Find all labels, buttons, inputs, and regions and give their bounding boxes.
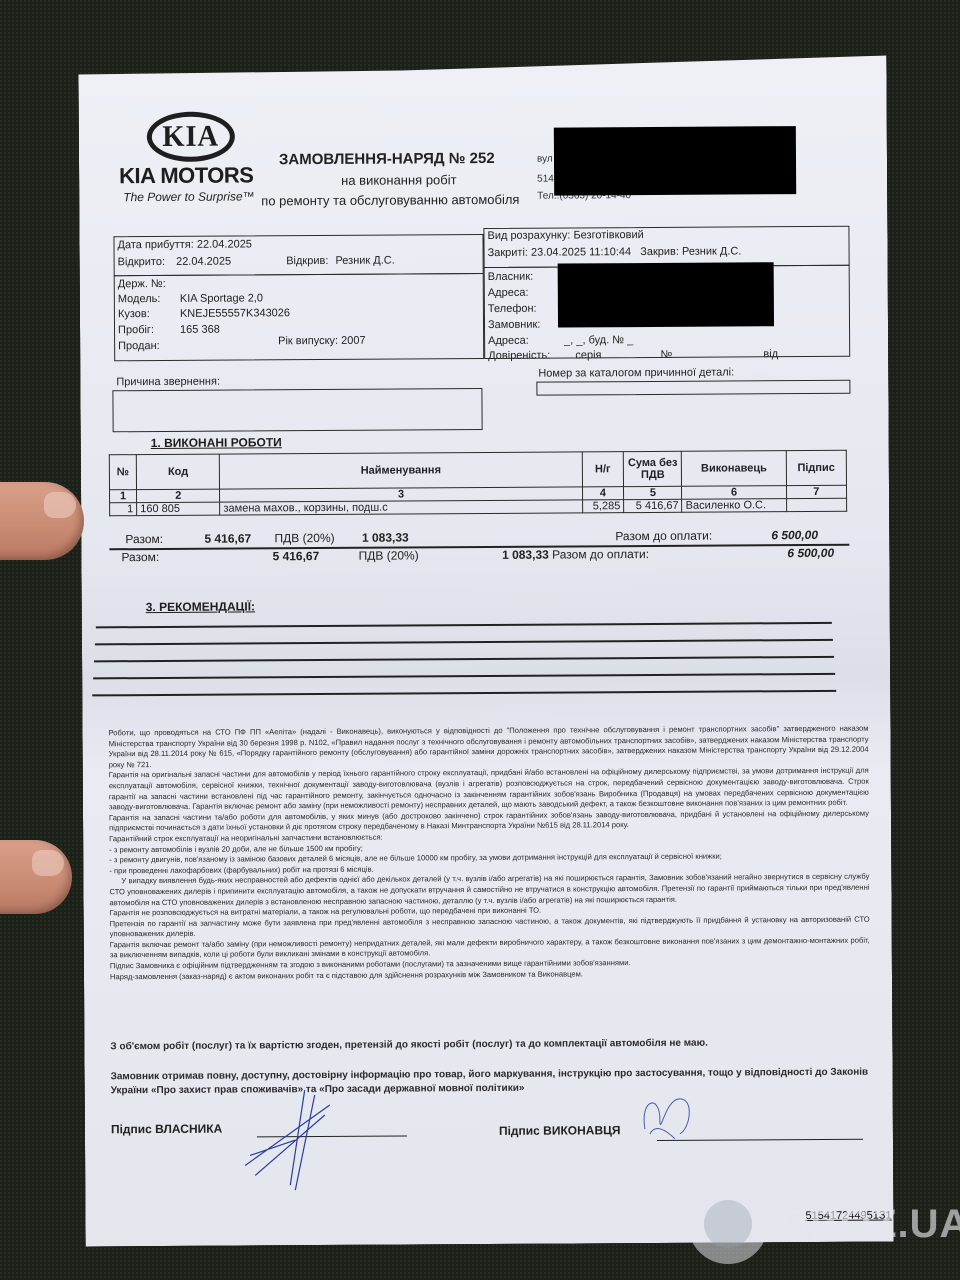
model-value: KIA Sportage 2,0 (180, 292, 263, 305)
grand-total-row: Разом: 5 416,67 ПДВ (20%) 1 083,33 Разом… (121, 547, 649, 564)
brand-name: KIA MOTORS (119, 162, 254, 189)
year-row: Рік випуску: 2007 (278, 335, 366, 348)
recommendation-line (95, 639, 833, 645)
catalog-label: Номер за каталогом причинної деталі: (538, 366, 734, 379)
plate-row: Держ. №: (118, 278, 166, 290)
grand-total-pay-amount: 6 500,00 (787, 546, 834, 560)
owner-signature-label: Підпис ВЛАСНИКА (111, 1122, 222, 1137)
column-number: 6 (682, 486, 786, 500)
finger-top (0, 482, 84, 560)
works-subtotal-row: Разом: 5 416,67 ПДВ (20%) 1 083,33 (125, 530, 408, 546)
works-pay-row: Разом до оплати: (615, 529, 712, 544)
reason-field (112, 388, 482, 432)
brand-slogan: The Power to Surprise™ (123, 189, 254, 204)
opened-value: 22.04.2025 (176, 256, 231, 268)
recommendations-title: 3. РЕКОМЕНДАЦІЇ: (146, 599, 255, 614)
cell-sum: 5 416,67 (624, 499, 682, 512)
works-pay-amount: 6 500,00 (771, 528, 818, 542)
logo-emblem-text: KIA (162, 120, 219, 154)
column-number: 1 (110, 490, 137, 503)
cell-code: 160 805 (137, 502, 220, 516)
terms-paragraph: Роботи, що проводяться на СТО ПФ ПП «Аел… (108, 724, 868, 771)
column-header: № (109, 455, 136, 490)
mileage-row: Пробіг:165 368 (118, 324, 220, 337)
recommendation-line (96, 622, 832, 628)
year-label: Рік випуску: (278, 335, 338, 347)
watermark-text: OBOZ.UA (778, 1202, 960, 1247)
opened-by-label: Відкрив: (286, 255, 328, 267)
cell-no: 1 (110, 503, 137, 516)
subtotal-vat-label: ПДВ (20%) (274, 531, 334, 545)
proxy-row: Довіреність: серія № від (488, 348, 778, 362)
kia-logo-emblem: KIA (147, 112, 235, 163)
mileage-label: Пробіг: (118, 324, 180, 336)
column-header: Код (136, 454, 219, 490)
dealer-postcode: 514 (537, 174, 554, 185)
arrival-date-row: Дата прибуття: 22.04.2025 (117, 238, 251, 251)
subtotal-sum: 5 416,67 (204, 531, 251, 545)
customer-address-label: Адреса: (488, 335, 564, 347)
agreement-text: З об'ємом робіт (послуг) та їх вартістю … (110, 1036, 870, 1055)
owner-phone-label: Телефон: (488, 303, 537, 315)
closed-row: Закриті: 23.04.2025 11:10:44 Закрив: Рез… (488, 245, 742, 259)
works-table: №КодНайменуванняН/гСума без ПДВВиконавец… (109, 450, 847, 517)
payment-label: Вид розрахунку: (487, 229, 570, 242)
column-number: 7 (786, 485, 847, 498)
terms-paragraph: У випадку виявлення будь-яких несправнос… (109, 872, 869, 908)
proxy-number: № (660, 349, 672, 361)
column-number: 4 (582, 487, 624, 500)
customer-address-value: _, _, буд. № _ (564, 334, 633, 346)
reason-label: Причина звернення: (116, 376, 220, 389)
model-row: Модель:KIA Sportage 2,0 (118, 292, 263, 305)
subtotal-label: Разом: (125, 532, 163, 546)
proxy-from: від (763, 348, 778, 360)
body-row: Кузов:KNEJE55557K343026 (118, 307, 290, 320)
column-number: 2 (137, 489, 220, 503)
work-order-document: KIA KIA MOTORS The Power to Surprise™ ЗА… (78, 56, 893, 1247)
globe-icon (704, 1200, 752, 1248)
recommendations-lines (78, 56, 886, 61)
recommendation-line (94, 656, 834, 662)
proxy-series: серія (575, 349, 601, 361)
model-label: Модель: (118, 293, 180, 305)
owner-signature-icon (235, 1085, 346, 1196)
column-header: Сума без ПДВ (623, 451, 681, 486)
sold-row: Продан: (118, 340, 160, 352)
vin-value: KNEJE55557K343026 (180, 307, 290, 320)
closed-by-value: Резник Д.С. (682, 245, 741, 257)
proxy-label: Довіреність: (488, 350, 550, 362)
column-header: Виконавець (682, 451, 786, 487)
owner-label: Власник: (488, 271, 534, 283)
payment-row: Вид розрахунку: Безготівковий (487, 229, 643, 242)
subtotal-pay: 6 500,00 (771, 528, 818, 542)
closed-label: Закриті: (488, 247, 528, 259)
grand-total-label: Разом: (121, 550, 159, 564)
opened-by-value: Резник Д.С. (335, 255, 394, 267)
watermark-circle (688, 1184, 768, 1264)
grand-total-vat: 1 083,33 (502, 548, 549, 562)
executor-signature-label: Підпис ВИКОНАВЦЯ (499, 1123, 621, 1138)
grand-total-pay: 6 500,00 (787, 546, 834, 560)
sold-label: Продан: (118, 340, 160, 352)
body-label: Кузов: (118, 308, 180, 320)
grand-total-pay-label: Разом до оплати: (552, 547, 649, 562)
payment-value: Безготівковий (573, 229, 643, 241)
arrival-label: Дата прибуття: (117, 239, 193, 251)
grand-total-vat-label: ПДВ (20%) (359, 548, 419, 562)
column-header: Найменування (220, 452, 582, 489)
closed-by-label: Закрив: (640, 246, 679, 258)
watermark: OBOZ.UA (688, 1184, 960, 1264)
terms-text: Роботи, що проводяться на СТО ПФ ПП «Аел… (108, 724, 870, 983)
consumer-info-text: Замовник отримав повну, доступну, достов… (111, 1066, 871, 1099)
terms-paragraph: Гарантія на оригінальні запасні частини … (109, 766, 869, 813)
recommendation-line (93, 673, 835, 679)
plate-label: Держ. №: (118, 278, 166, 290)
cell-hours: 5,285 (582, 500, 624, 513)
subtotal-pay-label: Разом до оплати: (615, 529, 712, 544)
cell-name: замена махов., корзины, подш.с (220, 500, 582, 515)
opened-row: Відкрито: 22.04.2025 Відкрив: Резник Д.С… (118, 255, 395, 269)
column-header: Підпис (786, 450, 847, 485)
column-header: Н/г (582, 452, 624, 487)
grand-total-sum: 5 416,67 (272, 549, 319, 563)
finger-bottom (0, 840, 72, 914)
redacted-owner-info (558, 262, 774, 327)
customer-label: Замовник: (488, 319, 540, 331)
arrival-value: 22.04.2025 (197, 238, 252, 250)
recommendation-line (92, 690, 836, 696)
closed-value: 23.04.2025 11:10:44 (531, 246, 631, 259)
document-title: ЗАМОВЛЕННЯ-НАРЯД № 252 (279, 150, 495, 168)
works-section-title: 1. ВИКОНАНІ РОБОТИ (151, 435, 282, 450)
document-subtitle-1: на виконання робіт (341, 172, 457, 188)
owner-address-label: Адреса: (488, 287, 529, 299)
mileage-value: 165 368 (180, 324, 220, 336)
document-subtitle-2: по ремонту та обслуговуванню автомобіля (261, 192, 519, 209)
customer-address-row: Адреса:_, _, буд. № _ (488, 334, 633, 347)
executor-signature-icon (635, 1089, 705, 1149)
subtotal-vat: 1 083,33 (362, 530, 409, 544)
year-value: 2007 (341, 335, 366, 347)
opened-label: Відкрито: (118, 256, 165, 268)
redacted-dealer-address (554, 126, 796, 195)
cell-executor: Василенко О.С. (682, 499, 786, 513)
dealer-street: вул (537, 154, 553, 165)
cell-signature (786, 498, 847, 511)
catalog-field (536, 380, 850, 396)
column-number: 5 (624, 486, 682, 499)
